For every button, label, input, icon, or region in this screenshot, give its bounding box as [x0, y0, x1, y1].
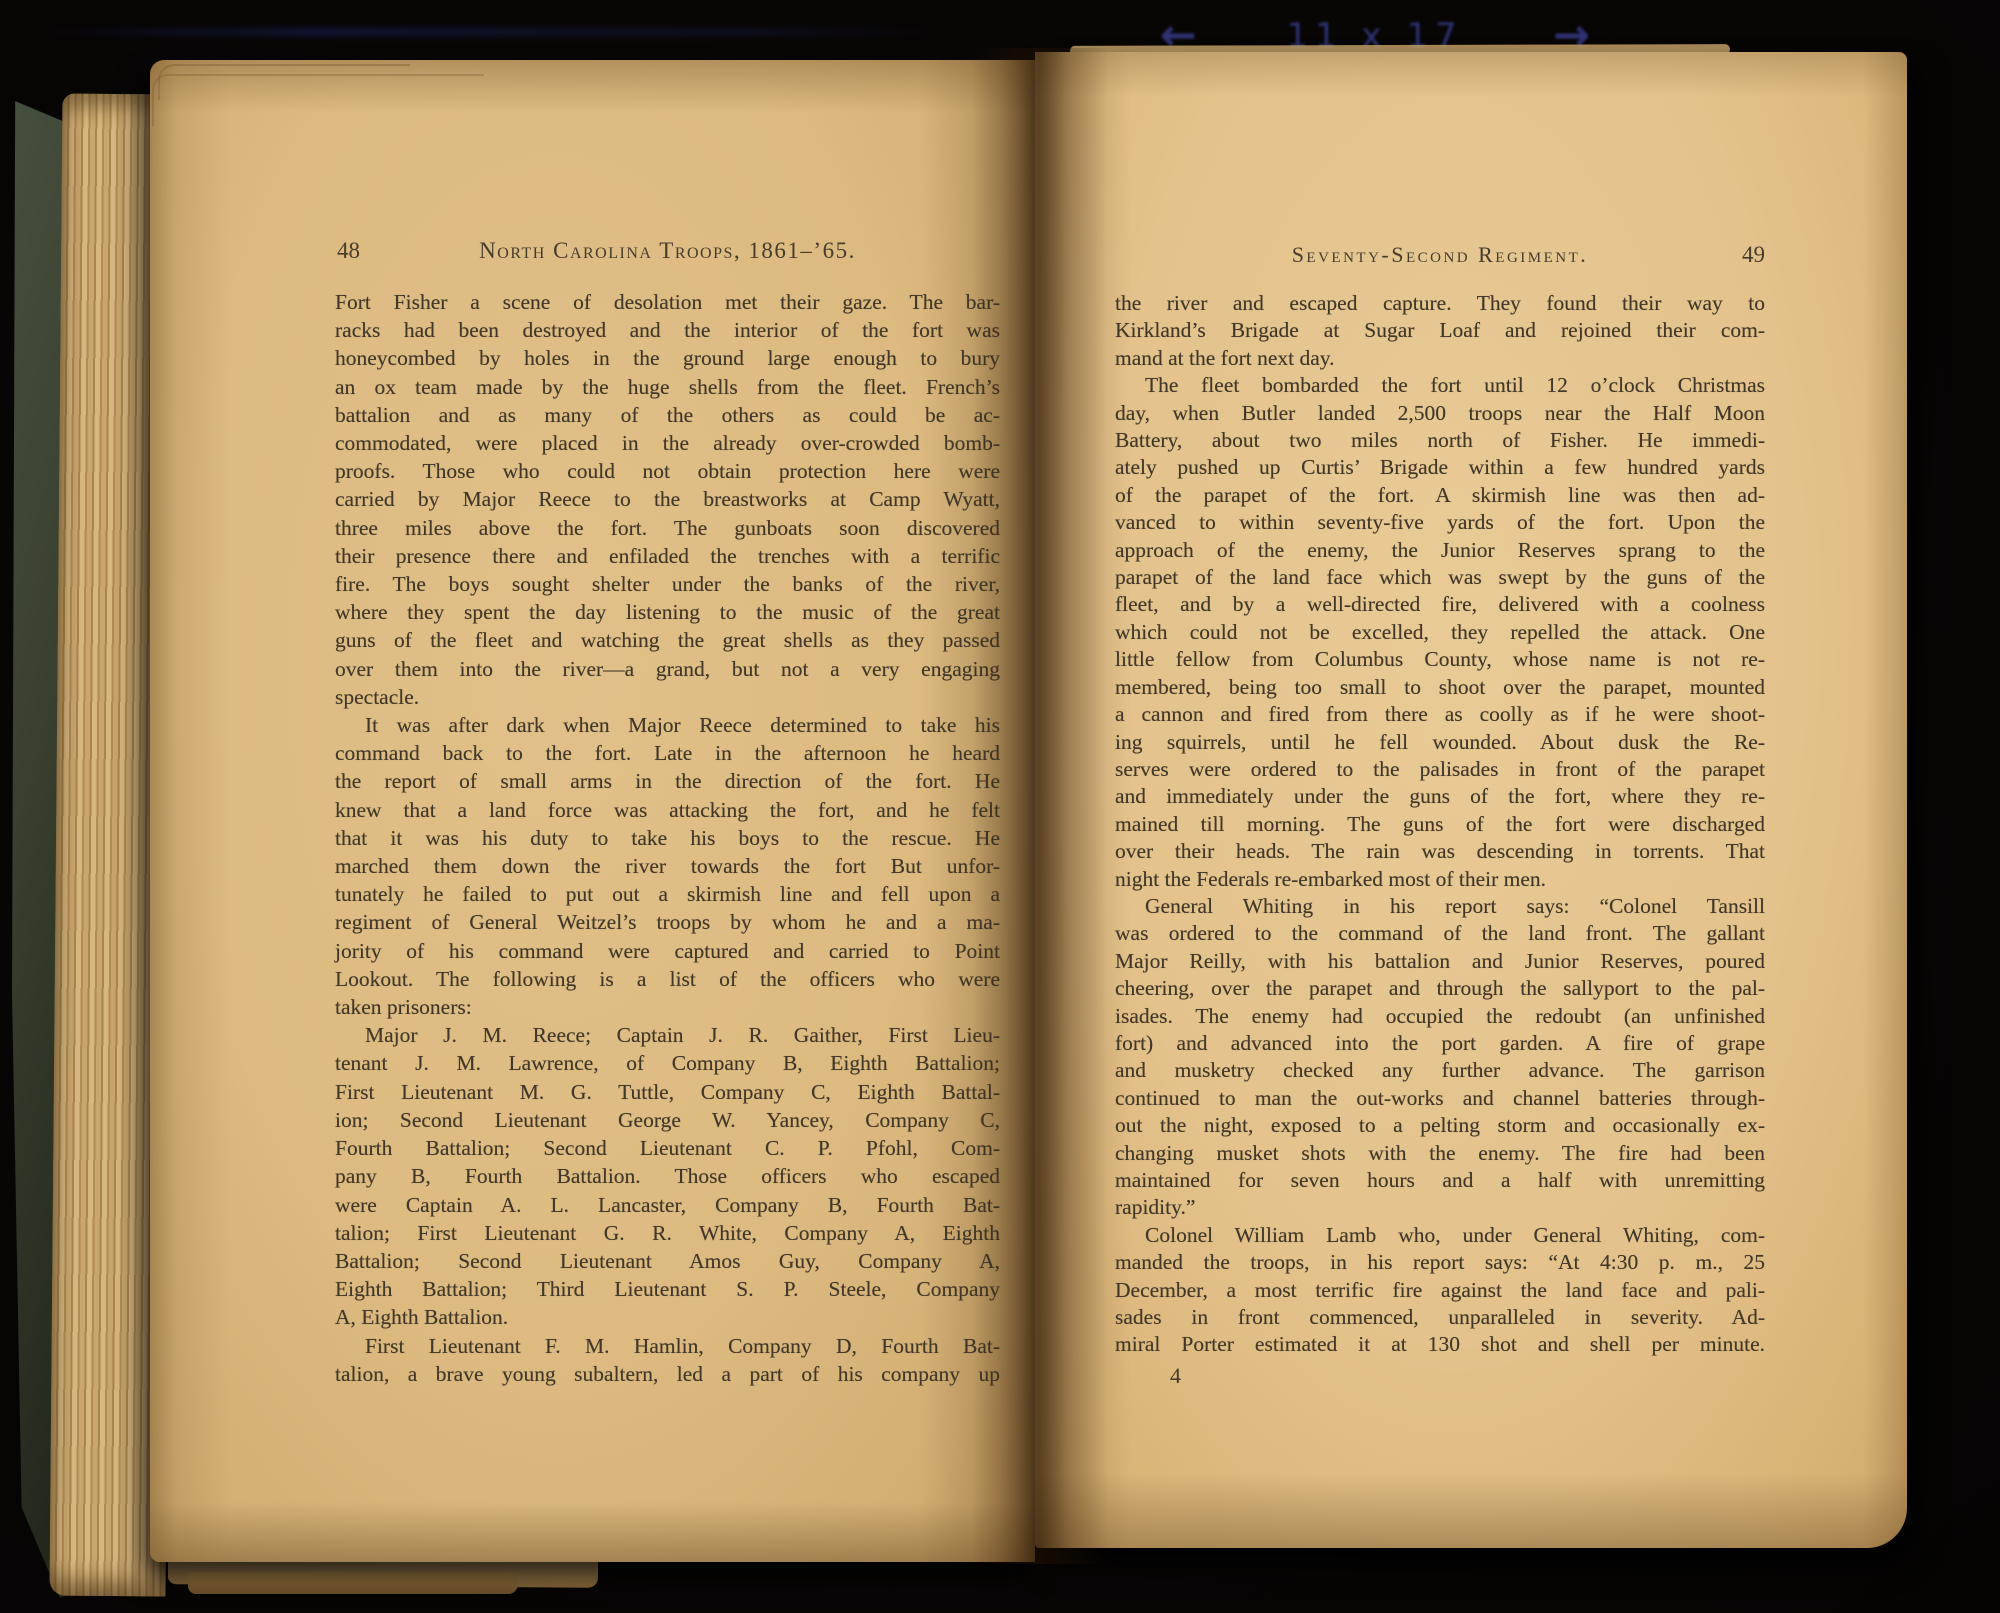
text-line: honeycombed by holes in the ground large… — [335, 344, 1000, 372]
text-line: little fellow from Columbus County, whos… — [1115, 646, 1765, 673]
text-line: an ox team made by the huge shells from … — [335, 373, 1000, 401]
text-line: marched them down the river towards the … — [335, 852, 1000, 880]
text-line: the report of small arms in the directio… — [335, 767, 1000, 795]
text-line: and immediately under the guns of the fo… — [1115, 783, 1765, 810]
text-line: tenant J. M. Lawrence, of Company B, Eig… — [335, 1049, 1000, 1077]
text-line: battalion and as many of the others as c… — [335, 401, 1000, 429]
text-line: rapidity.” — [1115, 1194, 1765, 1221]
text-line: three miles above the fort. The gunboats… — [335, 514, 1000, 542]
text-line: Kirkland’s Brigade at Sugar Loaf and rej… — [1115, 317, 1765, 344]
text-line: parapet of the land face which was swept… — [1115, 564, 1765, 591]
text-line: Eighth Battalion; Third Lieutenant S. P.… — [335, 1275, 1000, 1303]
text-line: December, a most terrific fire against t… — [1115, 1277, 1765, 1304]
text-line: was ordered to the command of the land f… — [1115, 920, 1765, 947]
text-line: mained till morning. The guns of the for… — [1115, 811, 1765, 838]
text-line: Fourth Battalion; Second Lieutenant C. P… — [335, 1134, 1000, 1162]
text-line: ion; Second Lieutenant George W. Yancey,… — [335, 1106, 1000, 1134]
text-line: miral Porter estimated it at 130 shot an… — [1115, 1331, 1765, 1358]
left-page: 48 North Carolina Troops, 1861–’65. Fort… — [150, 60, 1035, 1562]
left-page-header: 48 North Carolina Troops, 1861–’65. — [335, 238, 1000, 268]
page-number-left: 48 — [337, 238, 360, 264]
text-line: spectacle. — [335, 683, 1000, 711]
text-line: Battalion; Second Lieutenant Amos Guy, C… — [335, 1247, 1000, 1275]
text-line: isades. The enemy had occupied the redou… — [1115, 1003, 1765, 1030]
text-line: approach of the enemy, the Junior Reserv… — [1115, 537, 1765, 564]
text-line: Fort Fisher a scene of desolation met th… — [335, 288, 1000, 316]
text-line: taken prisoners: — [335, 993, 1000, 1021]
text-line: membered, being too small to shoot over … — [1115, 674, 1765, 701]
text-line: talion, a brave young subaltern, led a p… — [335, 1360, 1000, 1388]
text-line: proofs. Those who could not obtain prote… — [335, 457, 1000, 485]
text-line: command back to the fort. Late in the af… — [335, 739, 1000, 767]
text-line: First Lieutenant F. M. Hamlin, Company D… — [335, 1332, 1000, 1360]
text-line: regiment of General Weitzel’s troops by … — [335, 908, 1000, 936]
text-line: guns of the fleet and watching the great… — [335, 626, 1000, 654]
text-line: that it was his duty to take his boys to… — [335, 824, 1000, 852]
text-line: Lookout. The following is a list of the … — [335, 965, 1000, 993]
stacked-page-edge — [188, 1572, 518, 1594]
text-line: of the parapet of the fort. A skirmish l… — [1115, 482, 1765, 509]
text-line: the river and escaped capture. They foun… — [1115, 290, 1765, 317]
text-line: changing musket shots with the enemy. Th… — [1115, 1140, 1765, 1167]
text-line: fleet, and by a well-directed fire, deli… — [1115, 591, 1765, 618]
text-line: cheering, over the parapet and through t… — [1115, 975, 1765, 1002]
text-line: their presence there and enfiladed the t… — [335, 542, 1000, 570]
right-page-header: Seventy-Second Regiment. 49 — [1115, 242, 1765, 272]
right-page-body: the river and escaped capture. They foun… — [1115, 290, 1765, 1359]
text-line: and musketry checked any further advance… — [1115, 1057, 1765, 1084]
right-page: Seventy-Second Regiment. 49 the river an… — [1035, 52, 1907, 1548]
text-line: over their heads. The rain was descendin… — [1115, 838, 1765, 865]
text-line: jority of his command were captured and … — [335, 937, 1000, 965]
text-line: day, when Butler landed 2,500 troops nea… — [1115, 400, 1765, 427]
text-line: serves were ordered to the palisades in … — [1115, 756, 1765, 783]
right-page-content: Seventy-Second Regiment. 49 the river an… — [1115, 52, 1765, 1548]
text-line: maintained for seven hours and a half wi… — [1115, 1167, 1765, 1194]
text-line: over them into the river—a grand, but no… — [335, 655, 1000, 683]
text-line: manded the troops, in his report says: “… — [1115, 1249, 1765, 1276]
text-line: talion; First Lieutenant G. R. White, Co… — [335, 1219, 1000, 1247]
text-line: sades in front commenced, unparalleled i… — [1115, 1304, 1765, 1331]
text-line: which could not be excelled, they repell… — [1115, 619, 1765, 646]
text-line: ately pushed up Curtis’ Brigade within a… — [1115, 454, 1765, 481]
text-line: out the night, exposed to a pelting stor… — [1115, 1112, 1765, 1139]
text-line: tunately he failed to put out a skirmish… — [335, 880, 1000, 908]
signature-mark: 4 — [1170, 1363, 1181, 1389]
text-line: where they spent the day listening to th… — [335, 598, 1000, 626]
text-line: carried by Major Reece to the breastwork… — [335, 485, 1000, 513]
text-line: racks had been destroyed and the interio… — [335, 316, 1000, 344]
scanner-light-streak — [40, 28, 940, 36]
text-line: a cannon and fired from there as coolly … — [1115, 701, 1765, 728]
text-line: A, Eighth Battalion. — [335, 1303, 1000, 1331]
running-title-left: North Carolina Troops, 1861–’65. — [335, 238, 1000, 264]
text-line: fort) and advanced into the port garden.… — [1115, 1030, 1765, 1057]
text-line: mand at the fort next day. — [1115, 345, 1765, 372]
text-line: Battery, about two miles north of Fisher… — [1115, 427, 1765, 454]
text-line: vanced to within seventy-five yards of t… — [1115, 509, 1765, 536]
text-line: fire. The boys sought shelter under the … — [335, 570, 1000, 598]
text-line: commodated, were placed in the already o… — [335, 429, 1000, 457]
text-line: pany B, Fourth Battalion. Those officers… — [335, 1162, 1000, 1190]
text-line: ing squirrels, until he fell wounded. Ab… — [1115, 729, 1765, 756]
text-line: night the Federals re-embarked most of t… — [1115, 866, 1765, 893]
text-line: continued to man the out-works and chann… — [1115, 1085, 1765, 1112]
text-line: The fleet bombarded the fort until 12 o’… — [1115, 372, 1765, 399]
left-page-content: 48 North Carolina Troops, 1861–’65. Fort… — [335, 60, 1000, 1562]
running-title-right: Seventy-Second Regiment. — [1115, 242, 1765, 268]
text-line: Colonel William Lamb who, under General … — [1115, 1222, 1765, 1249]
text-line: First Lieutenant M. G. Tuttle, Company C… — [335, 1078, 1000, 1106]
book-scan: ← 11 x 17 → 48 North Carolina Troops, 18… — [0, 0, 2000, 1613]
under-page-corner-outline — [152, 74, 484, 126]
text-line: It was after dark when Major Reece deter… — [335, 711, 1000, 739]
text-line: Major J. M. Reece; Captain J. R. Gaither… — [335, 1021, 1000, 1049]
page-number-right: 49 — [1742, 242, 1765, 268]
text-line: were Captain A. L. Lancaster, Company B,… — [335, 1191, 1000, 1219]
text-line: knew that a land force was attacking the… — [335, 796, 1000, 824]
text-line: Major Reilly, with his battalion and Jun… — [1115, 948, 1765, 975]
left-page-body: Fort Fisher a scene of desolation met th… — [335, 288, 1000, 1388]
text-line: General Whiting in his report says: “Col… — [1115, 893, 1765, 920]
